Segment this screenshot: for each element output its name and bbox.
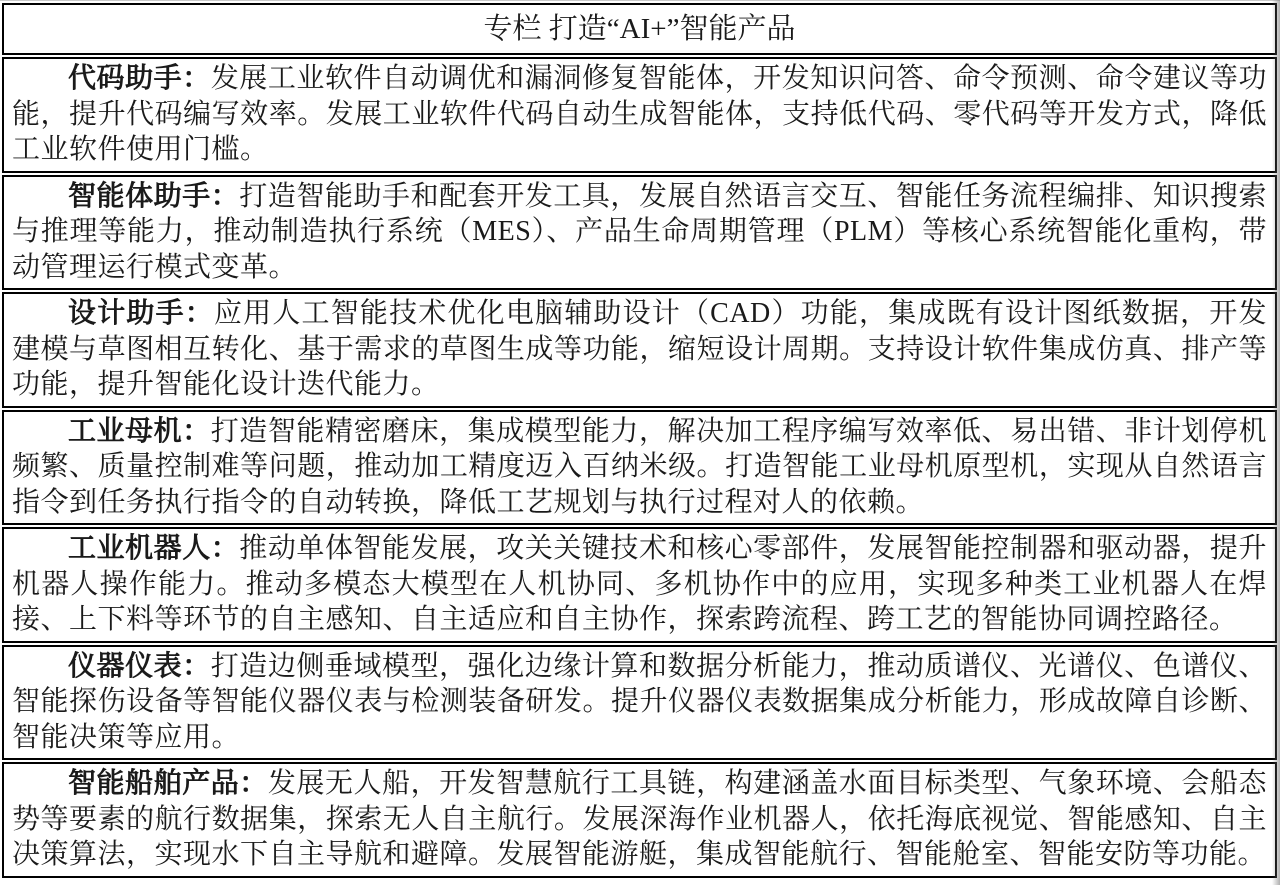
column-title: 专栏 打造“AI+”智能产品 xyxy=(484,13,796,45)
section-row-code-assistant: 代码助手：发展工业软件自动调优和漏洞修复智能体，开发知识问答、命令预测、命令建议… xyxy=(2,57,1277,173)
section-label: 设计助手： xyxy=(68,298,214,329)
section-paragraph: 仪器仪表：打造边侧垂域模型，强化边缘计算和数据分析能力，推动质谱仪、光谱仪、色谱… xyxy=(12,649,1267,756)
section-row-smart-ship: 智能船舶产品：发展无人船，开发智慧航行工具链，构建涵盖水面目标类型、气象环境、会… xyxy=(2,762,1277,878)
section-label: 仪器仪表： xyxy=(68,651,211,682)
section-paragraph: 代码助手：发展工业软件自动调优和漏洞修复智能体，开发知识问答、命令预测、命令建议… xyxy=(12,61,1267,168)
section-row-agent-assistant: 智能体助手：打造智能助手和配套开发工具，发展自然语言交互、智能任务流程编排、知识… xyxy=(2,175,1277,291)
section-paragraph: 智能体助手：打造智能助手和配套开发工具，发展自然语言交互、智能任务流程编排、知识… xyxy=(12,179,1267,286)
section-row-design-assistant: 设计助手：应用人工智能技术优化电脑辅助设计（CAD）功能，集成既有设计图纸数据，… xyxy=(2,292,1277,408)
section-label: 智能体助手： xyxy=(68,181,239,212)
section-paragraph: 工业母机：打造智能精密磨床，集成模型能力，解决加工程序编写效率低、易出错、非计划… xyxy=(12,414,1267,521)
section-row-industrial-robot: 工业机器人：推动单体智能发展，攻关关键技术和核心零部件，发展智能控制器和驱动器，… xyxy=(2,527,1277,643)
section-label: 工业母机： xyxy=(68,416,211,447)
document-page: 专栏 打造“AI+”智能产品 代码助手：发展工业软件自动调优和漏洞修复智能体，开… xyxy=(0,0,1280,878)
section-paragraph: 智能船舶产品：发展无人船，开发智慧航行工具链，构建涵盖水面目标类型、气象环境、会… xyxy=(12,766,1267,873)
section-paragraph: 设计助手：应用人工智能技术优化电脑辅助设计（CAD）功能，集成既有设计图纸数据，… xyxy=(12,296,1267,403)
section-label: 代码助手： xyxy=(68,63,211,94)
section-paragraph: 工业机器人：推动单体智能发展，攻关关键技术和核心零部件，发展智能控制器和驱动器，… xyxy=(12,531,1267,638)
column-header-row: 专栏 打造“AI+”智能产品 xyxy=(2,3,1277,55)
section-row-machine-tool: 工业母机：打造智能精密磨床，集成模型能力，解决加工程序编写效率低、易出错、非计划… xyxy=(2,410,1277,526)
section-label: 智能船舶产品： xyxy=(68,768,268,799)
section-label: 工业机器人： xyxy=(68,533,239,564)
section-row-instruments: 仪器仪表：打造边侧垂域模型，强化边缘计算和数据分析能力，推动质谱仪、光谱仪、色谱… xyxy=(2,645,1277,761)
